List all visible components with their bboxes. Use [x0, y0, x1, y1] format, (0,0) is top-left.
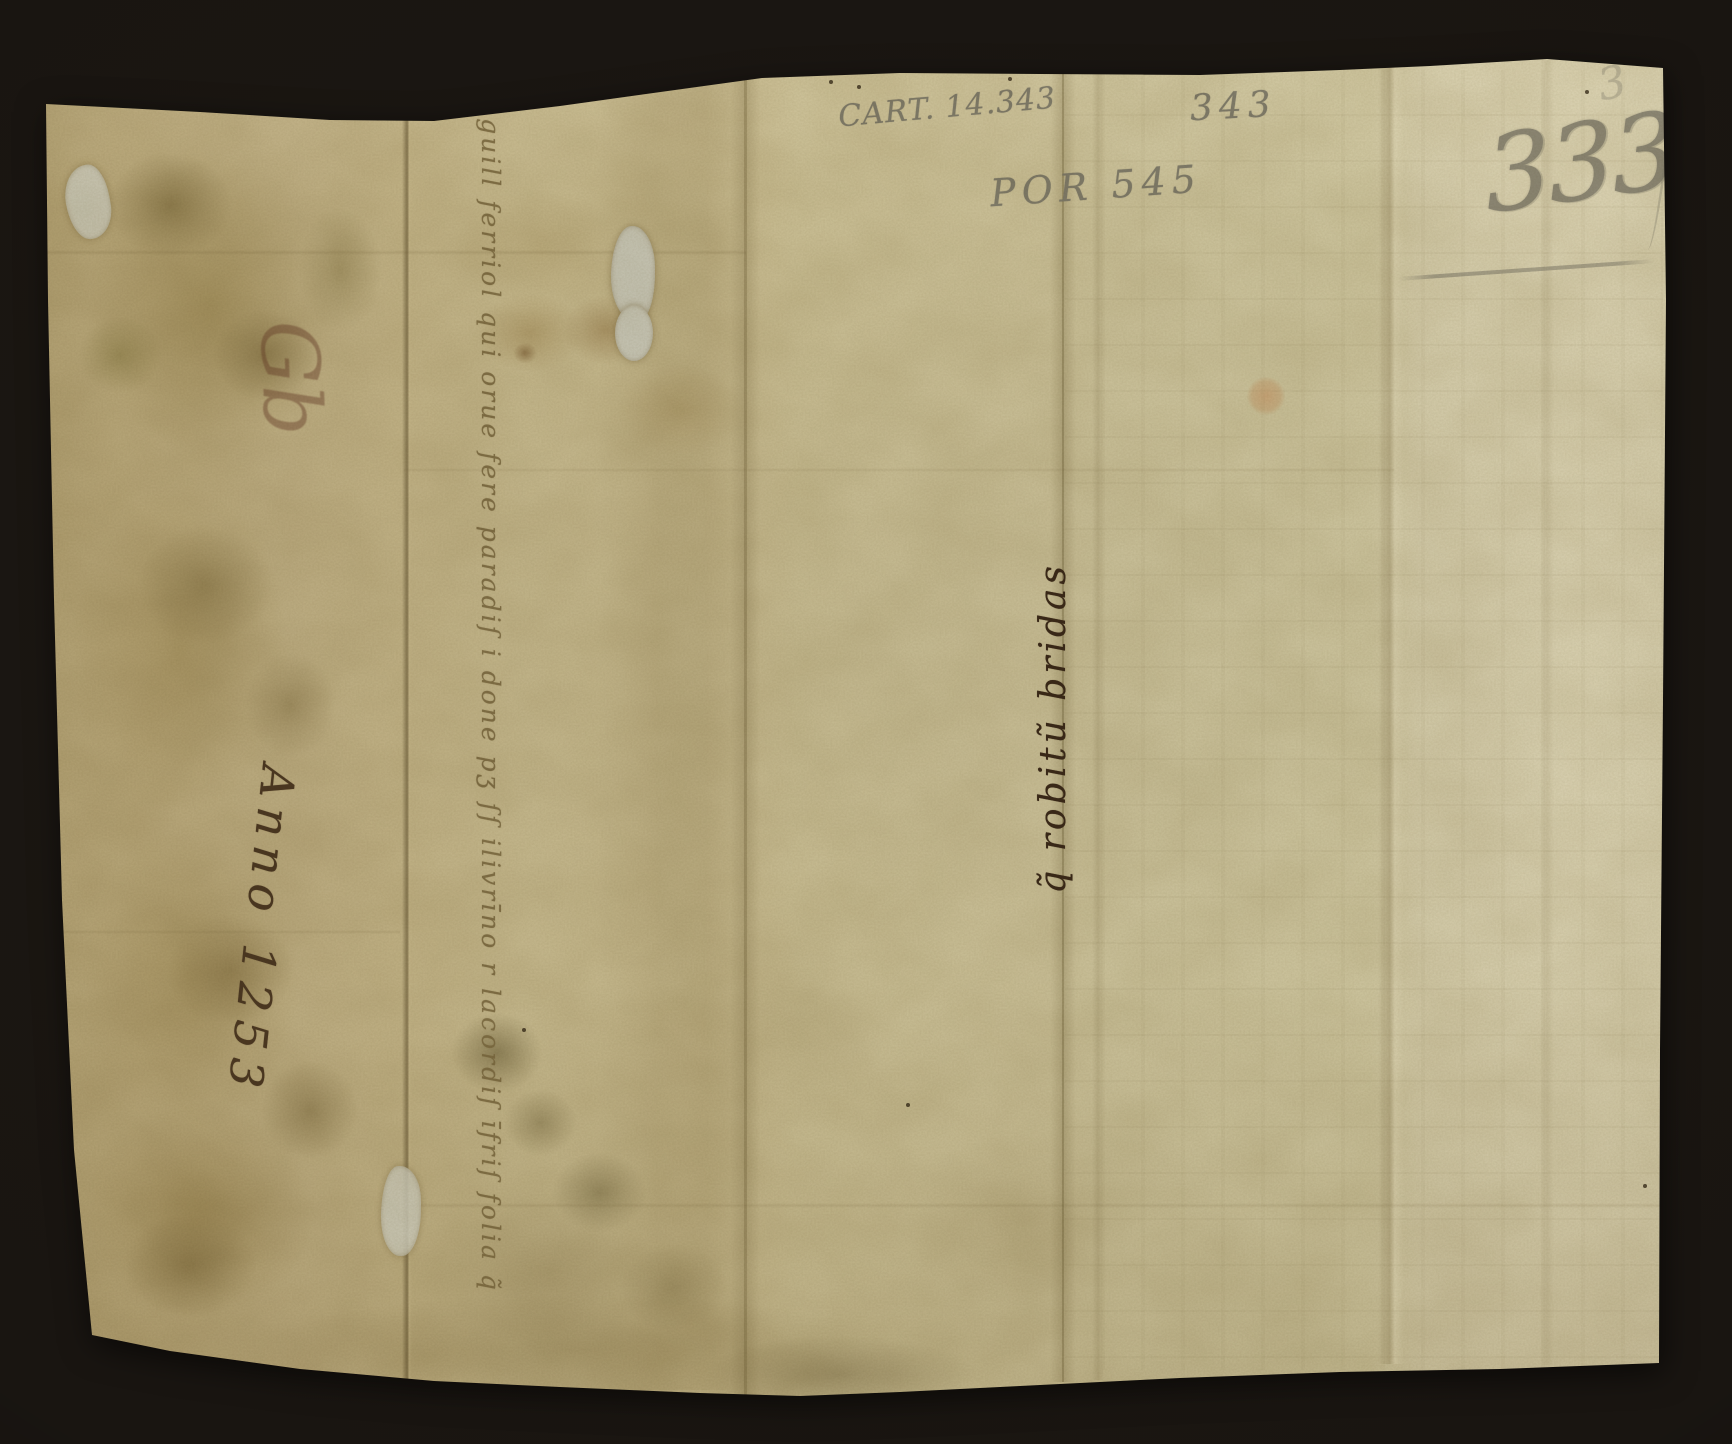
parchment-texture	[0, 0, 1732, 1444]
parchment-sheet: CART. 14.343 POR 545 343 333 3 q̃ robitũ…	[0, 0, 1732, 1444]
parchment-wrapper: CART. 14.343 POR 545 343 333 3 q̃ robitũ…	[0, 0, 1732, 1444]
speck	[1469, 59, 1473, 63]
archival-photo: CART. 14.343 POR 545 343 333 3 q̃ robitũ…	[0, 0, 1732, 1444]
